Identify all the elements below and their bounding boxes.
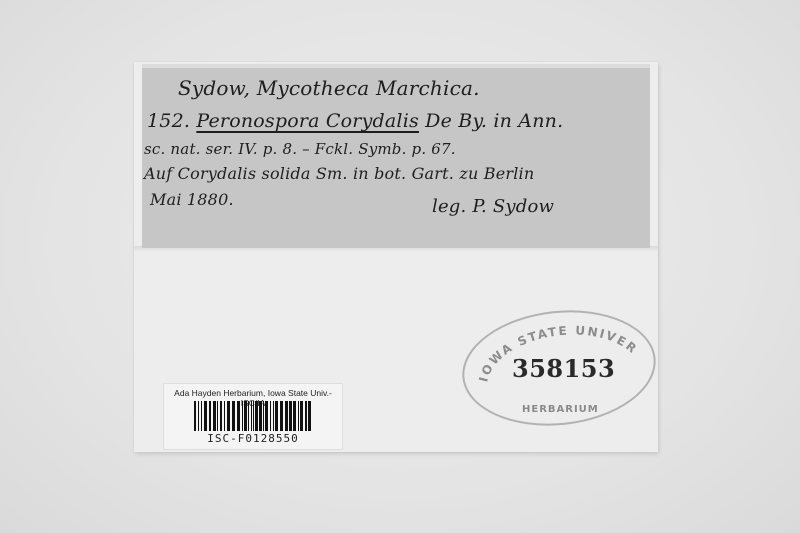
collection-date: Mai 1880. [150, 190, 234, 209]
citation-line: sc. nat. ser. IV. p. 8. – Fckl. Symb. p.… [144, 140, 456, 158]
catalog-number: ISC-F0128550 [164, 432, 342, 445]
collector: leg. P. Sydow [432, 196, 554, 217]
barcode-label: Ada Hayden Herbarium, Iowa State Univ.-I… [163, 383, 343, 450]
species-name: Peronospora Corydalis [196, 110, 419, 132]
exsiccata-title: Sydow, Mycotheca Marchica. [178, 76, 480, 100]
host-locality-line: Auf Corydalis solida Sm. in bot. Gart. z… [144, 164, 534, 183]
species-line: 152. Peronospora Corydalis De By. in Ann… [147, 110, 563, 132]
stamp-bottom-text: HERBARIUM [522, 404, 599, 415]
specimen-label: Sydow, Mycotheca Marchica. 152. Peronosp… [142, 64, 650, 248]
specimen-number: 152. [147, 110, 190, 132]
species-authority: De By. in Ann. [425, 110, 563, 132]
accession-number: 358153 [512, 354, 615, 383]
barcode-icon [194, 401, 316, 431]
